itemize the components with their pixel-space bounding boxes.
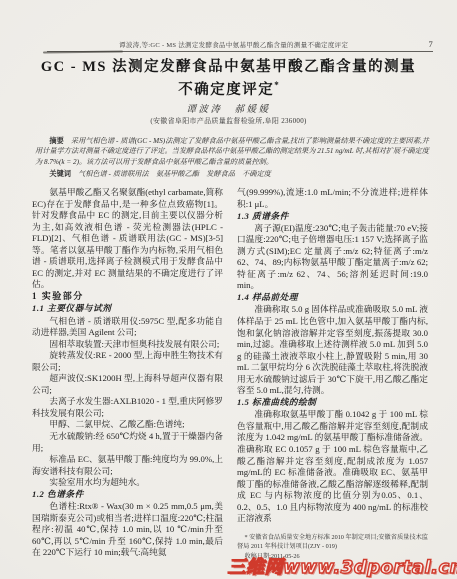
keywords-text: 气相色谱 - 质谱联用法 氨基甲酸乙酯 发酵食品 不确定度 — [78, 170, 271, 178]
sample-prep-paragraph: 准确称取 5.0 g 固体样品或准确吸取 5.0 mL 液体样品于 25 mL … — [237, 304, 428, 396]
gc-conditions-paragraph: 色谱柱:Rtx® - Wax(30 m × 0.25 mm,0.5 μm,美国瑞… — [32, 501, 223, 559]
keywords: 关键词气相色谱 - 质谱联用法 氨基甲酸乙酯 发酵食品 不确定度 — [35, 169, 429, 179]
instrument-spe: 固相萃取装置:天津市恒奥科技发展有限公司; — [32, 339, 223, 351]
reagent-solvents: 甲醇、二氯甲烷、乙酸乙酯:色谱纯; — [32, 419, 223, 431]
reagent-sodium-sulfate: 无水硫酸钠:经 650℃灼烧 4 h,置于干燥器内备用; — [32, 431, 223, 454]
running-header: 谭波涛,等:GC - MS 法测定发酵食品中氨基甲酸乙酯含量的测量不确定度评定 … — [47, 39, 433, 49]
affiliation: (安徽省阜阳市产品质量监督检验所,阜阳 236000) — [0, 116, 457, 126]
subsection-heading-instruments: 1.1 主要仪器与试剂 — [32, 303, 223, 315]
reagent-standards: 标准品 EC、氨基甲酸丁酯:纯度均为 99.0%,上海安谱科技有限公司; — [32, 454, 223, 477]
authors: 谭波涛 郝媛媛 — [0, 101, 457, 115]
reagent-water: 实验室用水均为超纯水。 — [32, 477, 223, 489]
body-columns: 氨基甲酸乙酯又名聚氨酯(ethyl carbamate,简称 EC)存在于发酵食… — [32, 187, 429, 561]
carrier-gas-continuation: 气(99.999%),流速:1.0 mL/min;不分流进样;进样体积:1 μL… — [237, 187, 428, 210]
scan-smudge-artifact — [43, 51, 123, 54]
section-heading-experiment: 1 实验部分 — [32, 291, 223, 303]
title-footnote-marker: * — [274, 80, 279, 90]
instrument-gcms: 气相色谱 - 质谱联用仪:5975C 型,配多功能自动进样器,美国 Agilen… — [32, 316, 223, 339]
subsection-heading-calibration-curve: 1.5 标准曲线的绘制 — [237, 397, 428, 409]
running-header-text: 谭波涛,等:GC - MS 法测定发酵食品中氨基甲酸乙酯含量的测量不确定度评定 — [47, 40, 420, 49]
article-title: GC - MS 法测定发酵食品中氨基甲酸乙酯含量的测量 不确定度评定* — [18, 59, 439, 99]
instrument-rotary-evaporator: 旋转蒸发仪:RE - 2000 型,上海申胜生物技术有限公司; — [32, 350, 223, 373]
intro-paragraph: 氨基甲酸乙酯又名聚氨酯(ethyl carbamate,简称 EC)存在于发酵食… — [32, 187, 223, 291]
scanned-paper-page: 谭波涛,等:GC - MS 法测定发酵食品中氨基甲酸乙酯含量的测量不确定度评定 … — [0, 0, 457, 579]
footnote-project: * 安徽省食品质量安全地方标准 2010 年制定项目;安徽省质量技术监督局 20… — [237, 533, 428, 552]
left-column: 氨基甲酸乙酯又名聚氨酯(ethyl carbamate,简称 EC)存在于发酵食… — [32, 187, 223, 561]
keywords-label: 关键词 — [49, 170, 71, 178]
article-title-line2: 不确定度评定 — [178, 81, 274, 97]
subsection-heading-sample-prep: 1.4 样品前处理 — [237, 292, 428, 304]
subsection-heading-gc-conditions: 1.2 色谱条件 — [32, 489, 223, 501]
page-number: 7 — [428, 39, 433, 49]
article-title-line1: GC - MS 法测定发酵食品中氨基甲酸乙酯含量的测量 — [41, 59, 416, 75]
right-column: 气(99.999%),流速:1.0 mL/min;不分流进样;进样体积:1 μL… — [237, 187, 428, 561]
abstract: 摘要采用气相色谱 - 质谱(GC - MS)法测定了发酵食品中氨基甲酸乙酯含量,… — [35, 136, 429, 167]
subsection-heading-ms-conditions: 1.3 质谱条件 — [237, 211, 428, 223]
instrument-deionizer: 去离子水发生器:AXLB1020 - 1 型,重庆阿修罗科技发展有限公司; — [32, 396, 223, 419]
instrument-ultrasonic: 超声波仪:SK1200H 型,上海科导超声仪器有限公司; — [32, 373, 223, 396]
abstract-text: 采用气相色谱 - 质谱(GC - MS)法测定了发酵食品中氨基甲酸乙酯含量,找出… — [35, 137, 429, 166]
watermark-3dportal: 三维网www.3dportal.cn — [228, 553, 457, 579]
ms-conditions-paragraph: 离子源(EI)温度:230℃;电子轰击能量:70 eV;接口温度:220℃;电子… — [237, 223, 428, 292]
calibration-curve-paragraph: 准确称取氨基甲酸丁酯 0.1042 g 于 100 mL 棕色容量瓶中,用乙酸乙… — [237, 409, 428, 524]
abstract-label: 摘要 — [49, 137, 63, 145]
